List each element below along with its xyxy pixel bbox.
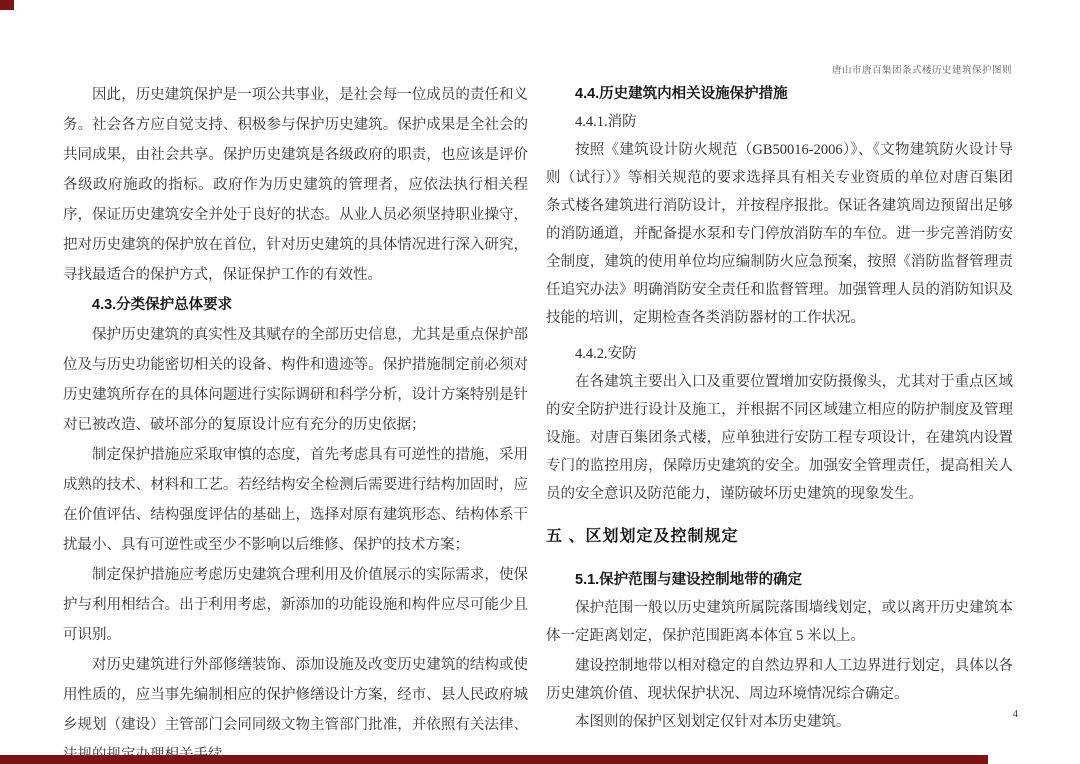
paragraph: 制定保护措施应考虑历史建筑合理利用及价值展示的实际需求，使保护与利用相结合。出于… [63,560,528,650]
paragraph: 对历史建筑进行外部修缮装饰、添加设施及改变历史建筑的结构或使用性质的，应当事先编… [63,650,528,764]
subsection-heading-4-4-1: 4.4.1.消防 [546,108,1013,136]
paragraph: 制定保护措施应采取审慎的态度，首先考虑具有可逆性的措施，采用成熟的技术、材料和工… [63,440,528,560]
paragraph: 建设控制地带以相对稳定的自然边界和人工边界进行划定，具体以各历史建筑价值、现状保… [546,652,1013,708]
paragraph: 在各建筑主要出入口及重要位置增加安防摄像头，尤其对于重点区域的安全防护进行设计及… [546,368,1013,508]
paragraph: 本图则的保护区划划定仅针对本历史建筑。 [546,708,1013,736]
section-heading-4-3: 4.3.分类保护总体要求 [63,290,528,320]
section-heading-5-1: 5.1.保护范围与建设控制地带的确定 [546,566,1013,594]
paragraph: 保护历史建筑的真实性及其赋存的全部历史信息，尤其是重点保护部位及与历史功能密切相… [63,320,528,440]
page-edge-marker-bottom [0,755,988,764]
page-header-title: 唐山市唐百集团条式楼历史建筑保护图则 [832,62,1012,76]
page-number: 4 [1013,709,1018,720]
page-edge-marker-top [0,0,14,10]
chapter-heading-5: 五 、区划划定及控制规定 [546,522,1013,552]
paragraph: 因此，历史建筑保护是一项公共事业，是社会每一位成员的责任和义务。社会各方应自觉支… [63,80,528,290]
paragraph: 保护范围一般以历史建筑所属院落围墙线划定，或以离开历史建筑本体一定距离划定，保护… [546,594,1013,650]
left-column: 因此，历史建筑保护是一项公共事业，是社会每一位成员的责任和义务。社会各方应自觉支… [63,80,528,764]
paragraph: 按照《建筑设计防火规范（GB50016-2006）》、《文物建筑防火设计导则（试… [546,136,1013,332]
right-column: 4.4.历史建筑内相关设施保护措施 4.4.1.消防 按照《建筑设计防火规范（G… [546,80,1013,736]
section-heading-4-4: 4.4.历史建筑内相关设施保护措施 [546,80,1013,108]
subsection-heading-4-4-2: 4.4.2.安防 [546,340,1013,368]
